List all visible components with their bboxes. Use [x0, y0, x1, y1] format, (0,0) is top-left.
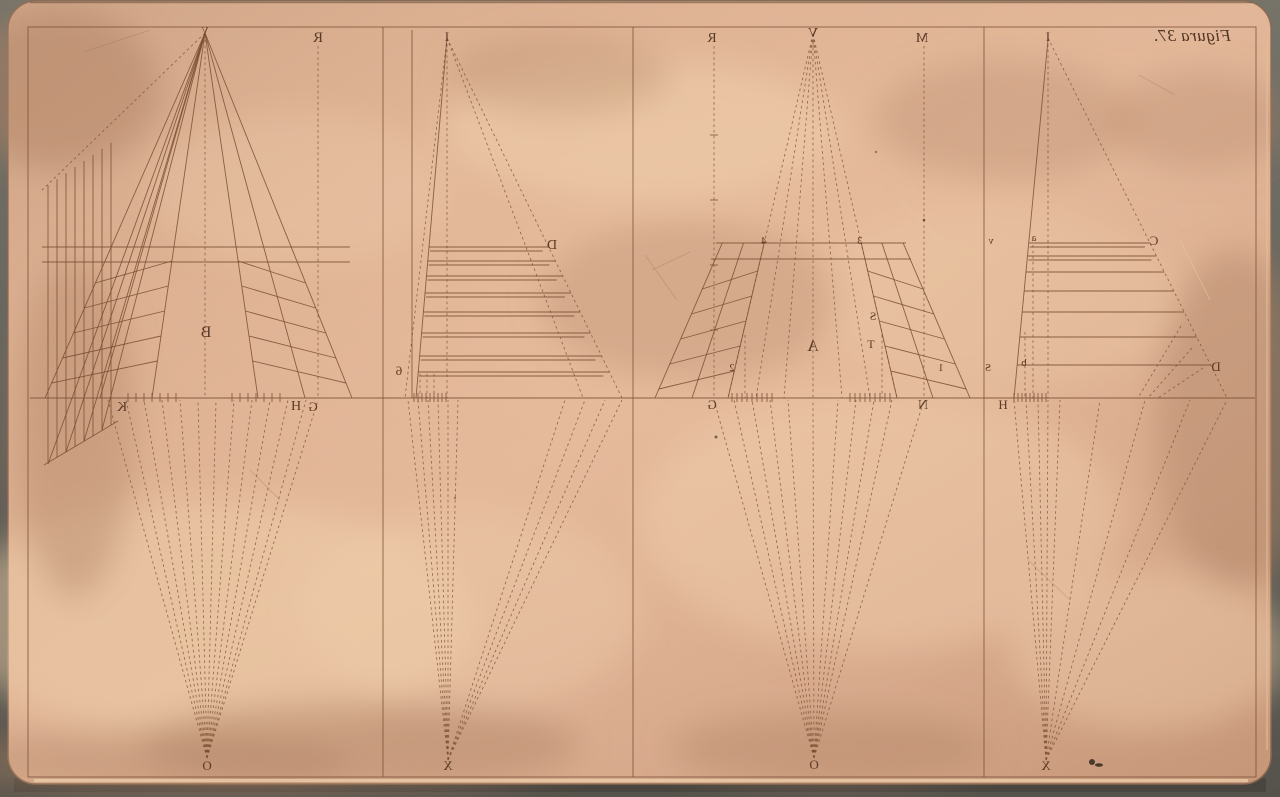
plate-letter-b: b — [1021, 357, 1027, 369]
copper-plate-engraving: Figura 37. VRBKHGOID6XRVM43STA21GNOIvaCS… — [0, 0, 1280, 797]
plate-letter-A: A — [807, 338, 819, 355]
plate-letter-C: C — [1150, 233, 1159, 248]
plate-letter-I: I — [1046, 29, 1050, 44]
figure-number-label: Figura 37. — [1153, 26, 1232, 45]
plate-letter-a: a — [1031, 232, 1036, 244]
plate-letter-N: N — [918, 398, 928, 413]
plate-letter-D: D — [1211, 359, 1220, 374]
plate-letter-R: R — [707, 31, 717, 46]
plate-letter-4: 4 — [761, 235, 767, 247]
plate-letter-K: K — [117, 400, 127, 415]
plate-letter-R: R — [313, 30, 323, 46]
plate-letter-2: 2 — [729, 362, 735, 374]
plate-letter-1: 1 — [938, 362, 944, 374]
plate-letter-O: O — [202, 758, 211, 773]
plate-letter-S: S — [870, 309, 877, 323]
plate-letter-S: S — [985, 362, 991, 374]
photo-background: Figura 37. VRBKHGOID6XRVM43STA21GNOIvaCS… — [0, 0, 1280, 797]
plate-letter-X: X — [443, 758, 453, 773]
plate-letter-M: M — [915, 31, 928, 46]
plate-letter-3: 3 — [857, 235, 863, 247]
plate-letter-O: O — [809, 757, 818, 772]
plate-letter-B: B — [201, 324, 212, 341]
plate-letter-X: X — [1041, 758, 1051, 773]
plate-letter-V: V — [808, 26, 818, 41]
plate-letter-G: G — [308, 399, 317, 414]
plate-letter-T: T — [867, 337, 875, 351]
plate-letter-H: H — [998, 397, 1007, 412]
plate-letter-6: 6 — [395, 363, 402, 378]
plate-letter-H: H — [291, 399, 301, 414]
plate-letter-D: D — [547, 238, 557, 253]
plate-letter-V: V — [201, 26, 209, 37]
plate-letter-v: v — [989, 236, 994, 247]
plate-letter-I: I — [445, 29, 449, 44]
plate-letter-G: G — [707, 397, 716, 412]
